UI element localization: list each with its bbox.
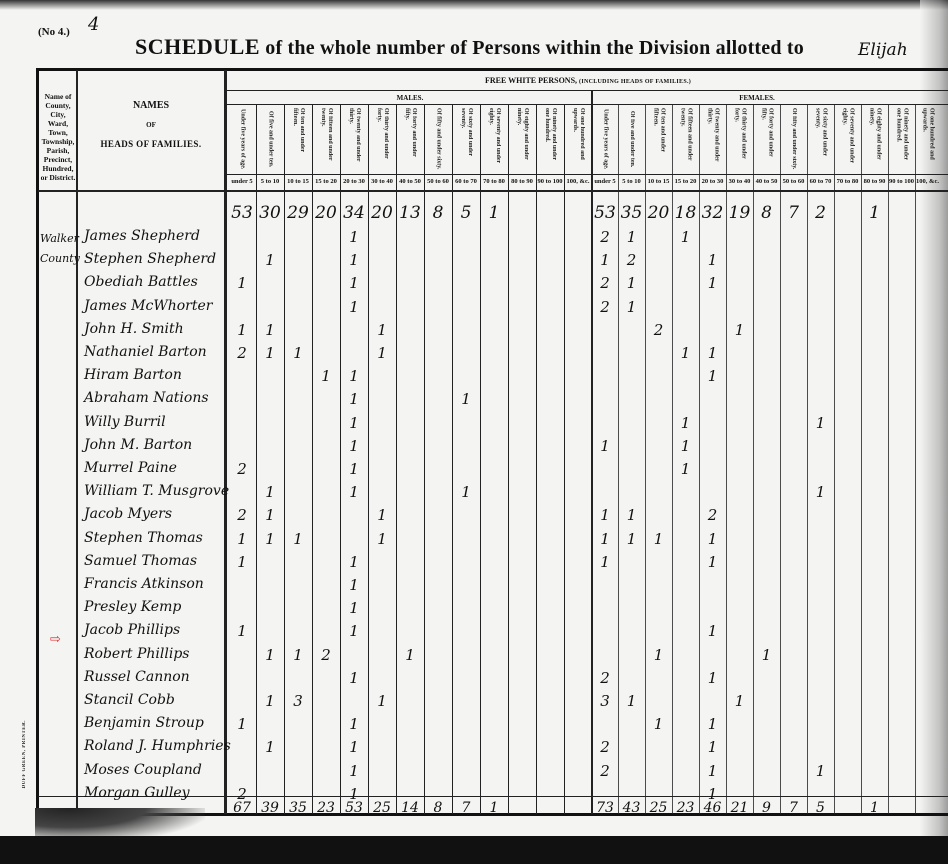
female-count-cell: 1 (672, 414, 699, 432)
male-total: 25 (368, 800, 396, 816)
male-count-cell: 1 (340, 228, 368, 246)
female-count-cell: 1 (699, 367, 726, 385)
female-count-cell: 1 (672, 228, 699, 246)
female-count-cell: 1 (699, 530, 726, 548)
male-count-cell: 1 (340, 414, 368, 432)
male-total: 67 (228, 800, 256, 816)
head-of-family-name: Moses Coupland (84, 762, 202, 778)
male-total: 53 (340, 800, 368, 816)
male-total: 39 (256, 800, 284, 816)
male-total: 23 (312, 800, 340, 816)
female-age-label-12: 100, &c. (915, 178, 940, 190)
male-count-cell: 1 (340, 274, 368, 292)
male-count-cell: 1 (396, 646, 424, 664)
head-of-family-name: William T. Musgrove (84, 483, 229, 499)
carried-female-count: 8 (753, 204, 780, 222)
female-total: 73 (592, 800, 618, 816)
female-total: 43 (618, 800, 645, 816)
carried-male-count: 20 (312, 204, 340, 222)
table-row (78, 437, 948, 459)
male-age-label-1: 5 to 10 (256, 178, 284, 190)
table-row (78, 367, 948, 389)
head-of-family-name: Robert Phillips (84, 646, 189, 662)
female-age-label-7: 50 to 60 (780, 178, 807, 190)
female-count-cell: 1 (618, 692, 645, 710)
carried-female-count: 35 (618, 204, 645, 222)
female-count-cell: 1 (753, 646, 780, 664)
male-total: 1 (480, 800, 508, 816)
male-count-cell: 1 (340, 553, 368, 571)
male-age-label-7: 50 to 60 (424, 178, 452, 190)
head-of-family-name: Benjamin Stroup (84, 715, 204, 731)
female-count-cell: 1 (699, 715, 726, 733)
carried-female-count: 2 (807, 204, 834, 222)
female-count-cell: 1 (592, 251, 618, 269)
male-age-label-11: 90 to 100 (536, 178, 564, 190)
male-count-cell: 2 (228, 506, 256, 524)
female-count-cell: 1 (699, 251, 726, 269)
female-count-cell: 1 (645, 646, 672, 664)
male-count-cell: 1 (284, 530, 312, 548)
table-row (78, 576, 948, 598)
head-of-family-name: James Shepherd (84, 228, 200, 244)
carried-female-count: 1 (861, 204, 888, 222)
male-total: 14 (396, 800, 424, 816)
divider (226, 174, 948, 175)
divider (38, 190, 948, 192)
female-count-cell: 1 (699, 344, 726, 362)
scan-border-bottom (0, 836, 948, 864)
male-count-cell: 3 (284, 692, 312, 710)
carried-female-count: 19 (726, 204, 753, 222)
female-age-header-0: Under five years of age. (592, 106, 618, 172)
title-rest: of the whole number of Persons within th… (265, 37, 804, 59)
table-row (78, 669, 948, 691)
male-count-cell: 1 (368, 344, 396, 362)
female-count-cell: 1 (618, 274, 645, 292)
form-number: (No 4.) (38, 26, 70, 38)
head-of-family-name: Presley Kemp (84, 599, 181, 615)
male-age-header-2: Of ten and under fifteen. (284, 106, 312, 172)
male-age-label-8: 60 to 70 (452, 178, 480, 190)
male-count-cell: 1 (256, 646, 284, 664)
male-age-header-3: Of fifteen and under twenty. (312, 106, 340, 172)
female-age-label-1: 5 to 10 (618, 178, 645, 190)
female-count-cell: 1 (592, 437, 618, 455)
male-count-cell: 1 (368, 506, 396, 524)
divider (226, 90, 948, 91)
female-age-header-8: Of sixty and under seventy. (807, 106, 834, 172)
male-count-cell: 1 (340, 483, 368, 501)
female-age-label-10: 80 to 90 (861, 178, 888, 190)
carried-male-count: 29 (284, 204, 312, 222)
female-count-cell: 1 (699, 762, 726, 780)
female-total: 5 (807, 800, 834, 816)
female-age-label-6: 40 to 50 (753, 178, 780, 190)
male-count-cell: 1 (340, 669, 368, 687)
male-count-cell: 2 (228, 344, 256, 362)
female-count-cell: 2 (618, 251, 645, 269)
male-total: 35 (284, 800, 312, 816)
male-count-cell: 1 (256, 321, 284, 339)
female-count-cell: 1 (699, 274, 726, 292)
female-count-cell: 1 (592, 530, 618, 548)
carried-male-count: 1 (480, 204, 508, 222)
head-of-family-name: Stancil Cobb (84, 692, 175, 708)
male-age-label-0: under 5 (228, 178, 256, 190)
male-count-cell: 1 (228, 274, 256, 292)
male-count-cell: 1 (340, 298, 368, 316)
female-total: 25 (645, 800, 672, 816)
head-of-family-name: Stephen Shepherd (84, 251, 216, 267)
male-count-cell: 1 (368, 692, 396, 710)
female-age-label-3: 15 to 20 (672, 178, 699, 190)
males-header: MALES. (228, 94, 592, 102)
table-row (78, 274, 948, 296)
table-row (78, 228, 948, 250)
female-count-cell: 1 (699, 669, 726, 687)
female-age-label-4: 20 to 30 (699, 178, 726, 190)
female-total: 1 (861, 800, 888, 816)
male-age-header-5: Of thirty and under forty. (368, 106, 396, 172)
head-of-family-name: Abraham Nations (84, 390, 209, 406)
male-age-label-3: 15 to 20 (312, 178, 340, 190)
male-count-cell: 1 (340, 622, 368, 640)
table-row (78, 553, 948, 575)
male-count-cell: 1 (228, 530, 256, 548)
male-age-label-9: 70 to 80 (480, 178, 508, 190)
male-age-header-7: Of fifty and under sixty. (424, 106, 452, 172)
females-header: FEMALES. (592, 94, 922, 102)
carried-female-count: 20 (645, 204, 672, 222)
carried-male-count: 30 (256, 204, 284, 222)
table-row (78, 506, 948, 528)
female-count-cell: 1 (672, 460, 699, 478)
names-column-header: NAMES OF HEADS OF FAMILIES. (78, 100, 224, 149)
male-count-cell: 1 (452, 390, 480, 408)
female-count-cell: 1 (726, 692, 753, 710)
head-of-family-name: John M. Barton (84, 437, 192, 453)
male-count-cell: 1 (368, 530, 396, 548)
carried-male-count: 13 (396, 204, 424, 222)
female-count-cell: 2 (592, 298, 618, 316)
printer-credit: DUFF GREEN, PRINTER. (22, 720, 27, 788)
division-name: Elijah (858, 40, 908, 60)
female-count-cell: 1 (699, 553, 726, 571)
male-age-header-6: Of forty and under fifty. (396, 106, 424, 172)
female-count-cell: 1 (726, 321, 753, 339)
head-of-family-name: Nathaniel Barton (84, 344, 207, 360)
female-age-header-6: Of forty and under fifty. (753, 106, 780, 172)
female-count-cell: 1 (592, 553, 618, 571)
carried-male-count: 53 (228, 204, 256, 222)
male-count-cell: 1 (284, 646, 312, 664)
county-name-line1: Walker (40, 232, 79, 245)
female-count-cell: 1 (672, 437, 699, 455)
carried-male-count: 8 (424, 204, 452, 222)
male-count-cell: 1 (228, 553, 256, 571)
female-total: 21 (726, 800, 753, 816)
male-count-cell: 1 (312, 367, 340, 385)
male-count-cell: 1 (340, 762, 368, 780)
table-row (78, 715, 948, 737)
carried-female-count: 53 (592, 204, 618, 222)
male-count-cell: 1 (340, 251, 368, 269)
female-age-label-2: 10 to 15 (645, 178, 672, 190)
scan-shadow-top (0, 0, 948, 10)
female-age-header-12: Of one hundred and upwards. (915, 106, 940, 172)
head-of-family-name: Obediah Battles (84, 274, 198, 290)
female-count-cell: 1 (618, 530, 645, 548)
male-age-label-12: 100, &c. (564, 178, 592, 190)
female-count-cell: 2 (592, 738, 618, 756)
male-age-header-4: Of twenty and under thirty. (340, 106, 368, 172)
female-age-header-11: Of ninety and under one hundred. (888, 106, 915, 172)
female-count-cell: 1 (807, 483, 834, 501)
divider (226, 104, 948, 105)
female-age-label-9: 70 to 80 (834, 178, 861, 190)
male-age-header-11: Of ninety and under one hundred. (536, 106, 564, 172)
male-count-cell: 1 (228, 321, 256, 339)
male-count-cell: 2 (312, 646, 340, 664)
female-count-cell: 1 (699, 738, 726, 756)
female-age-header-3: Of fifteen and under twenty. (672, 106, 699, 172)
carried-female-count: 7 (780, 204, 807, 222)
male-count-cell: 1 (340, 576, 368, 594)
table-row (78, 646, 948, 668)
male-count-cell: 1 (284, 344, 312, 362)
male-count-cell: 1 (340, 738, 368, 756)
female-age-label-8: 60 to 70 (807, 178, 834, 190)
male-count-cell: 1 (340, 367, 368, 385)
carried-female-count: 32 (699, 204, 726, 222)
male-age-header-10: Of eighty and under ninety. (508, 106, 536, 172)
female-count-cell: 1 (699, 622, 726, 640)
male-age-header-1: Of five and under ten. (256, 106, 284, 172)
female-count-cell: 1 (645, 530, 672, 548)
male-count-cell: 1 (340, 437, 368, 455)
row-marker-arrow-icon: ⇨ (50, 632, 61, 647)
male-count-cell: 1 (340, 390, 368, 408)
female-count-cell: 1 (592, 506, 618, 524)
carried-female-count: 18 (672, 204, 699, 222)
head-of-family-name: Morgan Gulley (84, 785, 190, 801)
female-age-label-5: 30 to 40 (726, 178, 753, 190)
male-count-cell: 2 (228, 460, 256, 478)
head-of-family-name: Stephen Thomas (84, 530, 203, 546)
head-of-family-name: Francis Atkinson (84, 576, 204, 592)
male-count-cell: 1 (340, 460, 368, 478)
male-count-cell: 1 (256, 506, 284, 524)
county-column-header: Name of County, City, Ward, Town, Townsh… (40, 92, 76, 182)
male-age-header-9: Of seventy and under eighty. (480, 106, 508, 172)
schedule-title: SCHEDULE of the whole number of Persons … (135, 34, 804, 60)
female-count-cell: 1 (618, 506, 645, 524)
head-of-family-name: Russel Cannon (84, 669, 190, 685)
male-age-header-0: Under five years of age. (228, 106, 256, 172)
title-lead: SCHEDULE (135, 34, 260, 59)
male-total: 8 (424, 800, 452, 816)
male-age-header-12: Of one hundred and upwards. (564, 106, 592, 172)
male-count-cell: 1 (256, 251, 284, 269)
table-row (78, 344, 948, 366)
male-count-cell: 1 (256, 738, 284, 756)
male-count-cell: 1 (368, 321, 396, 339)
female-count-cell: 2 (592, 228, 618, 246)
head-of-family-name: Willy Burril (84, 414, 166, 430)
female-count-cell: 2 (592, 762, 618, 780)
female-count-cell: 1 (618, 298, 645, 316)
female-count-cell: 2 (592, 669, 618, 687)
table-row (78, 321, 948, 343)
male-count-cell: 1 (228, 715, 256, 733)
male-count-cell: 1 (340, 599, 368, 617)
carried-male-count: 5 (452, 204, 480, 222)
head-of-family-name: John H. Smith (84, 321, 184, 337)
male-count-cell: 1 (256, 530, 284, 548)
male-count-cell: 1 (256, 483, 284, 501)
female-age-header-5: Of thirty and under forty. (726, 106, 753, 172)
table-row (78, 460, 948, 482)
female-total: 9 (753, 800, 780, 816)
table-row (78, 530, 948, 552)
female-age-header-7: Of fifty and under sixty. (780, 106, 807, 172)
head-of-family-name: James McWhorter (84, 298, 212, 314)
female-count-cell: 1 (807, 762, 834, 780)
head-of-family-name: Jacob Phillips (84, 622, 180, 638)
female-count-cell: 2 (592, 274, 618, 292)
male-age-label-6: 40 to 50 (396, 178, 424, 190)
female-age-label-11: 90 to 100 (888, 178, 915, 190)
male-count-cell: 1 (452, 483, 480, 501)
female-count-cell: 2 (645, 321, 672, 339)
female-count-cell: 2 (699, 506, 726, 524)
carried-male-count: 34 (340, 204, 368, 222)
female-count-cell: 1 (618, 228, 645, 246)
head-of-family-name: Roland J. Humphries (84, 738, 231, 754)
female-total: 7 (780, 800, 807, 816)
head-of-family-name: Samuel Thomas (84, 553, 197, 569)
male-count-cell: 1 (228, 622, 256, 640)
male-age-label-10: 80 to 90 (508, 178, 536, 190)
female-age-header-9: Of seventy and under eighty. (834, 106, 861, 172)
female-age-header-1: Of five and under ten. (618, 106, 645, 172)
female-count-cell: 1 (645, 715, 672, 733)
county-name-line2: County (40, 252, 80, 265)
census-page: (No 4.) 4 SCHEDULE of the whole number o… (0, 0, 948, 840)
female-age-header-2: Of ten and under fifteen. (645, 106, 672, 172)
male-total: 7 (452, 800, 480, 816)
male-count-cell: 1 (256, 344, 284, 362)
female-total: 23 (672, 800, 699, 816)
table-row (78, 622, 948, 644)
head-of-family-name: Murrel Paine (84, 460, 177, 476)
head-of-family-name: Jacob Myers (84, 506, 172, 522)
free-white-persons-header: FREE WHITE PERSONS, (INCLUDING HEADS OF … (228, 76, 948, 85)
carried-male-count: 20 (368, 204, 396, 222)
male-count-cell: 1 (340, 715, 368, 733)
table-row (78, 599, 948, 621)
head-of-family-name: Hiram Barton (84, 367, 182, 383)
female-age-header-4: Of twenty and under thirty. (699, 106, 726, 172)
female-age-header-10: Of eighty and under ninety. (861, 106, 888, 172)
male-age-label-5: 30 to 40 (368, 178, 396, 190)
male-age-header-8: Of sixty and under seventy. (452, 106, 480, 172)
table-row (78, 692, 948, 714)
male-count-cell: 1 (256, 692, 284, 710)
female-total: 46 (699, 800, 726, 816)
female-age-label-0: under 5 (592, 178, 618, 190)
male-age-label-2: 10 to 15 (284, 178, 312, 190)
female-count-cell: 1 (672, 344, 699, 362)
page-number: 4 (88, 14, 99, 35)
female-count-cell: 1 (807, 414, 834, 432)
female-count-cell: 3 (592, 692, 618, 710)
male-age-label-4: 20 to 30 (340, 178, 368, 190)
